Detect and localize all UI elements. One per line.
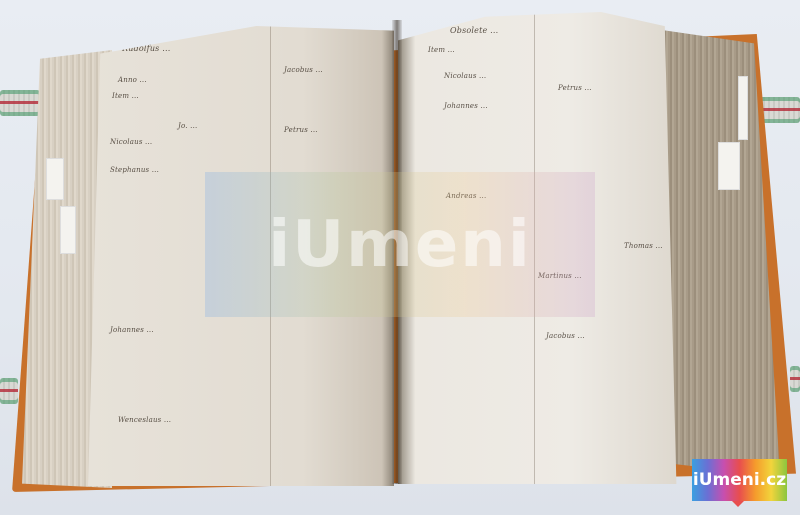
- left-page-header: Rudolfus ...: [122, 44, 170, 53]
- right-strap-bottom: [790, 366, 800, 392]
- watermark-overlay: iUmeni: [205, 172, 595, 317]
- right-page-header: Obsolete ...: [450, 26, 498, 35]
- left-strap-bottom: [0, 378, 18, 404]
- watermark-text: iUmeni: [268, 208, 532, 282]
- right-bookmark-tab-1: [718, 142, 740, 190]
- logo-text: iUmeni.cz: [693, 470, 786, 490]
- right-bookmark-tab-2: [738, 76, 748, 140]
- left-strap-top: [0, 90, 40, 116]
- left-bookmark-tab-1: [46, 158, 64, 200]
- iumeni-logo[interactable]: iUmeni.cz: [692, 459, 787, 501]
- left-bookmark-tab-2: [60, 206, 76, 254]
